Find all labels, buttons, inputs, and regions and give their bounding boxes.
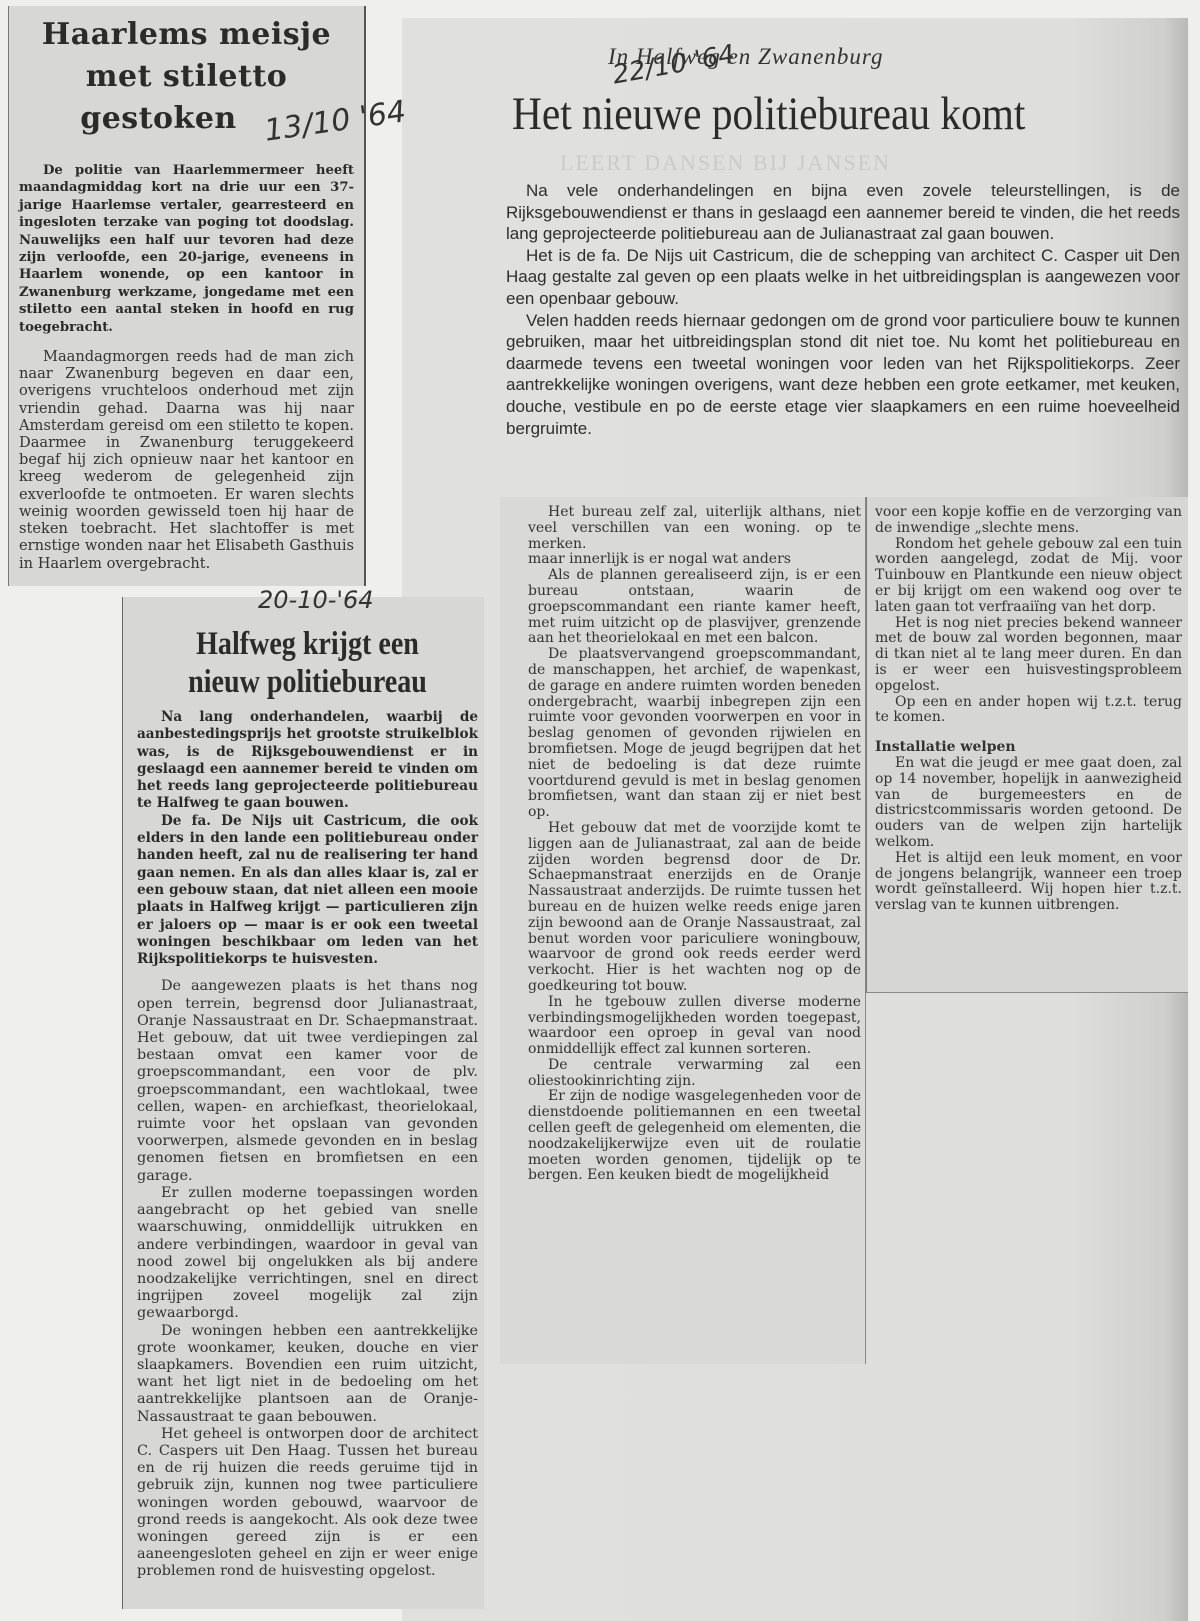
clipping-stiletto: Haarlems meisje met stiletto gestoken De… xyxy=(8,6,366,586)
paragraph: Er zijn de nodige wasgelegenheden voor d… xyxy=(528,1089,861,1184)
headline-line: nieuw politiebureau xyxy=(163,663,453,701)
paragraph: Als de plannen gerealiseerd zijn, is er … xyxy=(528,568,861,647)
paragraph: In he tgebouw zullen diverse moderne ver… xyxy=(528,995,861,1058)
halfweg-body: De aangewezen plaats is het thans nog op… xyxy=(137,978,478,1580)
paragraph: De centrale verwarming zal een oliestook… xyxy=(528,1058,861,1090)
paragraph: Het geheel is ontworpen door de architec… xyxy=(137,1426,478,1581)
paragraph: Velen hadden reeds hiernaar gedongen om … xyxy=(506,310,1180,440)
paragraph: maar innerlijk is er nogal wat anders xyxy=(528,552,861,568)
paragraph: Het is de fa. De Nijs uit Castricum, die… xyxy=(506,245,1180,310)
paragraph: Het bureau zelf zal, uiterlijk althans, … xyxy=(528,505,861,552)
paragraph: De woningen hebben een aantrekkelijke gr… xyxy=(137,1323,478,1426)
kicker: In Halfweg en Zwanenburg xyxy=(524,44,1044,70)
paragraph: Het is nog niet precies bekend wanneer m… xyxy=(875,616,1182,695)
paragraph: De politie van Haarlemmermeer heeft maan… xyxy=(19,162,354,336)
subheading: Installatie welpen xyxy=(875,740,1182,756)
clipping-halfweg: Halfweg krijgt een nieuw politiebureau N… xyxy=(122,597,484,1609)
halfweg-headline: Halfweg krijgt een nieuw politiebureau xyxy=(163,625,453,701)
nieuwe-column-2: voor een kopje koffie en de verzorging v… xyxy=(866,497,1188,993)
column-text: voor een kopje koffie en de verzorging v… xyxy=(875,505,1182,914)
paragraph: En wat die jeugd er mee gaat doen, zal o… xyxy=(875,756,1182,851)
paragraph: Na vele onderhandelingen en bijna even z… xyxy=(506,180,1180,245)
paragraph: Rondom het gehele gebouw zal een tuin wo… xyxy=(875,537,1182,616)
paragraph: voor een kopje koffie en de verzorging v… xyxy=(875,505,1182,537)
paragraph: Op een en ander hopen wij t.z.t. terug t… xyxy=(875,695,1182,727)
bleed-through-text: LEERT DANSEN BIJ JANSEN xyxy=(560,150,891,176)
paragraph: Er zullen moderne toepassingen worden aa… xyxy=(137,1185,478,1323)
paragraph: De fa. De Nijs uit Castricum, die ook el… xyxy=(137,813,478,969)
paragraph: Na lang onderhandelen, waarbij de aanbes… xyxy=(137,709,478,813)
halfweg-lead: Na lang onderhandelen, waarbij de aanbes… xyxy=(137,709,478,968)
headline-line: Haarlems meisje xyxy=(19,14,354,56)
paragraph: Het is altijd een leuk moment, en voor d… xyxy=(875,851,1182,914)
stiletto-lead: De politie van Haarlemmermeer heeft maan… xyxy=(19,162,354,336)
headline-line: Halfweg krijgt een xyxy=(163,625,453,663)
stiletto-body: Maandagmorgen reeds had de man zich naar… xyxy=(19,348,354,572)
paragraph: De plaatsvervangend groepscommandant, de… xyxy=(528,647,861,821)
headline-line: met stiletto xyxy=(19,56,354,98)
handwritten-date: 20-10-'64 xyxy=(258,586,374,614)
paragraph: Maandagmorgen reeds had de man zich naar… xyxy=(19,348,354,572)
nieuwe-headline: Het nieuwe politiebureau komt xyxy=(512,88,1119,140)
paragraph: Het gebouw dat met de voorzijde komt te … xyxy=(528,821,861,995)
paragraph: De aangewezen plaats is het thans nog op… xyxy=(137,978,478,1184)
nieuwe-column-1: Het bureau zelf zal, uiterlijk althans, … xyxy=(500,497,866,1364)
nieuwe-lead: Na vele onderhandelingen en bijna even z… xyxy=(506,180,1180,439)
column-text: Het bureau zelf zal, uiterlijk althans, … xyxy=(528,505,861,1184)
